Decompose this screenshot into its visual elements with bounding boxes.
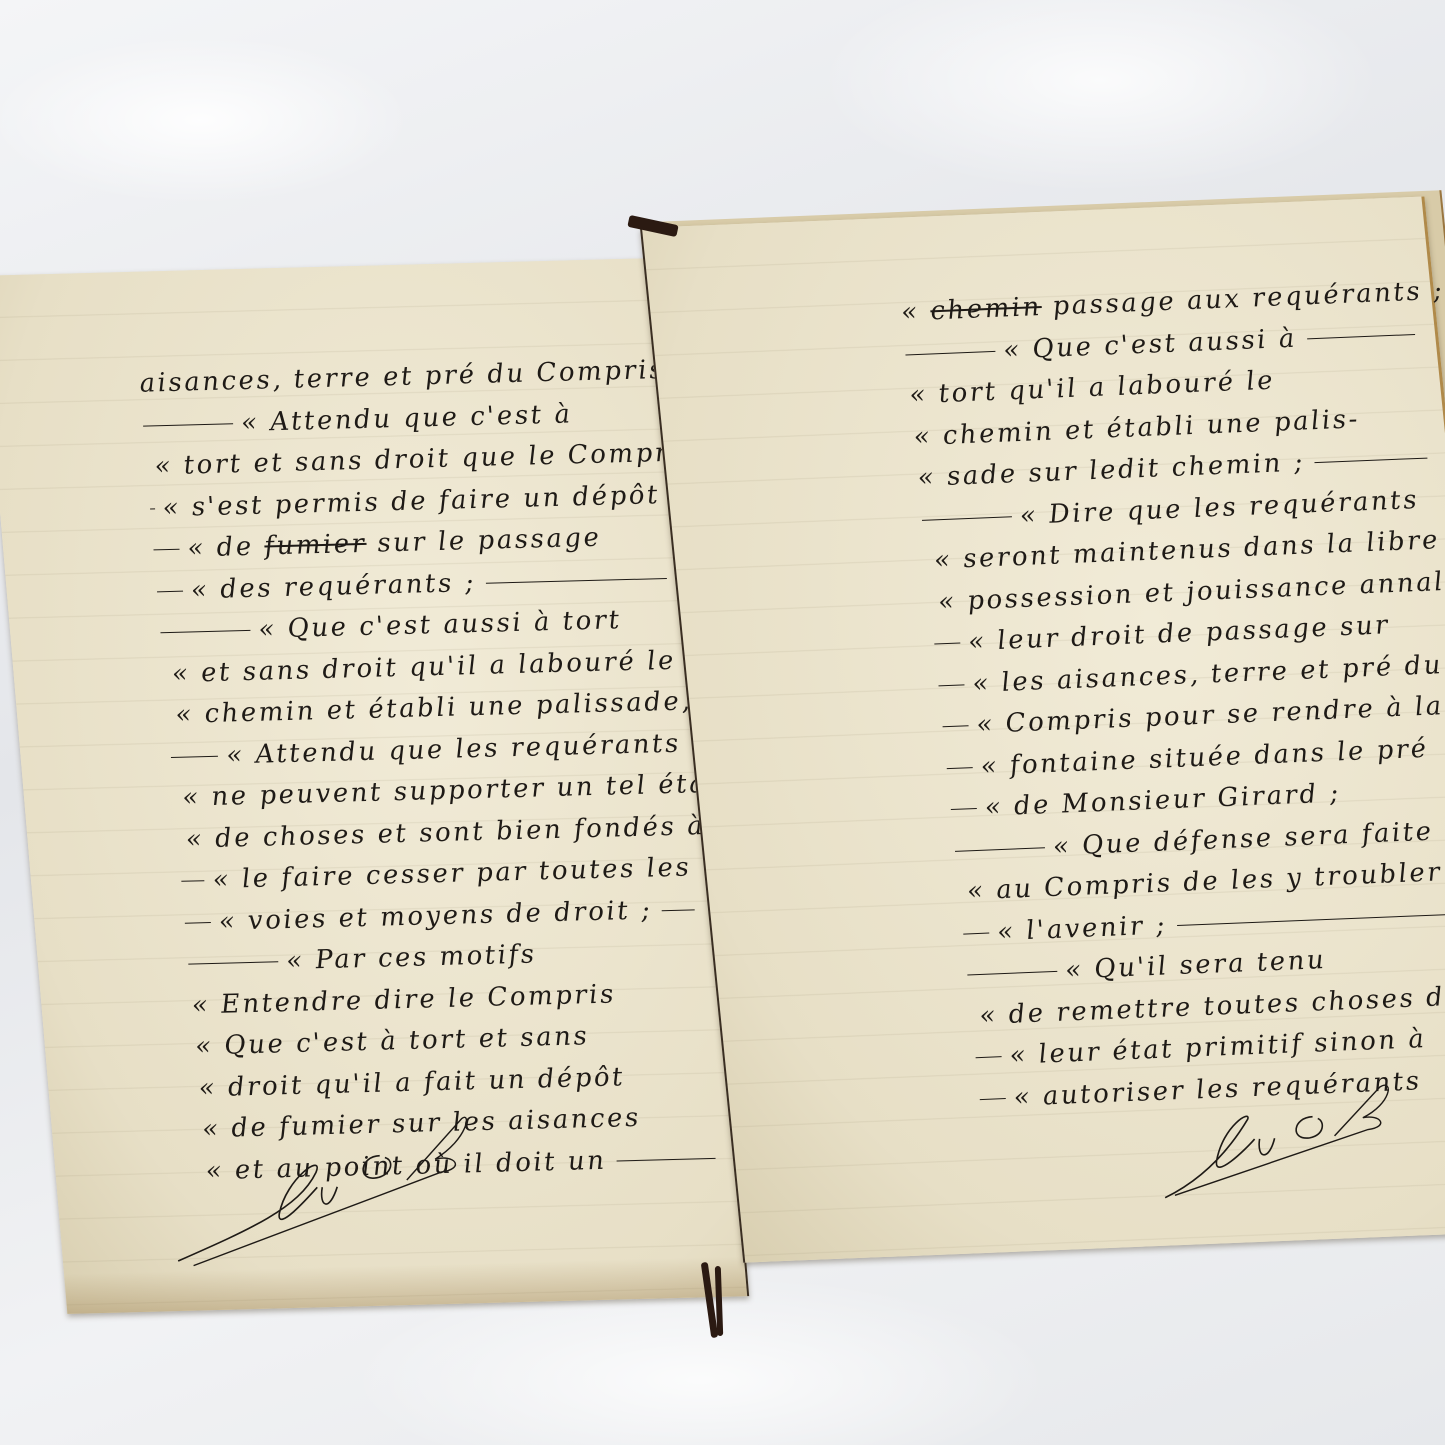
line-lead-dash: [143, 423, 233, 426]
line-lead-dash: [955, 847, 1045, 852]
line-lead-dash: [905, 350, 995, 355]
left-page-text: aisances, terre et pré du Compris, « Att…: [138, 350, 717, 1192]
line-lead-dash: [967, 971, 1057, 976]
signature-flourish-icon: [1149, 1078, 1421, 1208]
right-page-signature: [1149, 1078, 1421, 1208]
line-lead-dash: [185, 922, 211, 924]
line-lead-dash: [976, 1056, 1002, 1058]
line-lead-dash: [934, 642, 960, 644]
line-trail-dash: [1177, 913, 1445, 926]
right-page: « chemin passage aux requérants ; « Que …: [640, 196, 1445, 1262]
line-lead-dash: [943, 725, 969, 727]
line-lead-dash: [951, 808, 977, 810]
signature-flourish-icon: [161, 1112, 513, 1271]
page-edge-stain: [64, 1256, 747, 1314]
line-trail-dash: [616, 1157, 715, 1161]
line-trail-dash: [1315, 458, 1428, 464]
struck-word: fumier: [263, 529, 368, 562]
line-lead-dash: [980, 1098, 1006, 1100]
struck-word: chemin: [929, 292, 1043, 326]
line-trail-dash: [662, 909, 695, 911]
line-lead-dash: [153, 549, 179, 551]
line-lead-dash: [157, 590, 183, 592]
line-lead-dash: [947, 767, 973, 769]
line-trail-dash: [1307, 333, 1415, 338]
line-lead-dash: [181, 880, 205, 882]
line-lead-dash: [938, 684, 964, 686]
left-page: aisances, terre et pré du Compris, « Att…: [0, 258, 749, 1314]
line-lead-dash: [160, 630, 250, 633]
line-text: « Par ces motifs: [285, 935, 539, 983]
line-trail-dash: [486, 577, 667, 583]
line-lead-dash: [188, 961, 278, 964]
line-lead-dash: [922, 516, 1012, 521]
left-page-signature: [161, 1112, 513, 1271]
line-lead-dash: [963, 932, 989, 934]
line-lead-dash: [150, 508, 155, 509]
line-lead-dash: [171, 755, 218, 757]
line-text: « l'avenir ;: [995, 905, 1169, 953]
right-page-text: « chemin passage aux requérants ; « Que …: [899, 272, 1445, 1120]
